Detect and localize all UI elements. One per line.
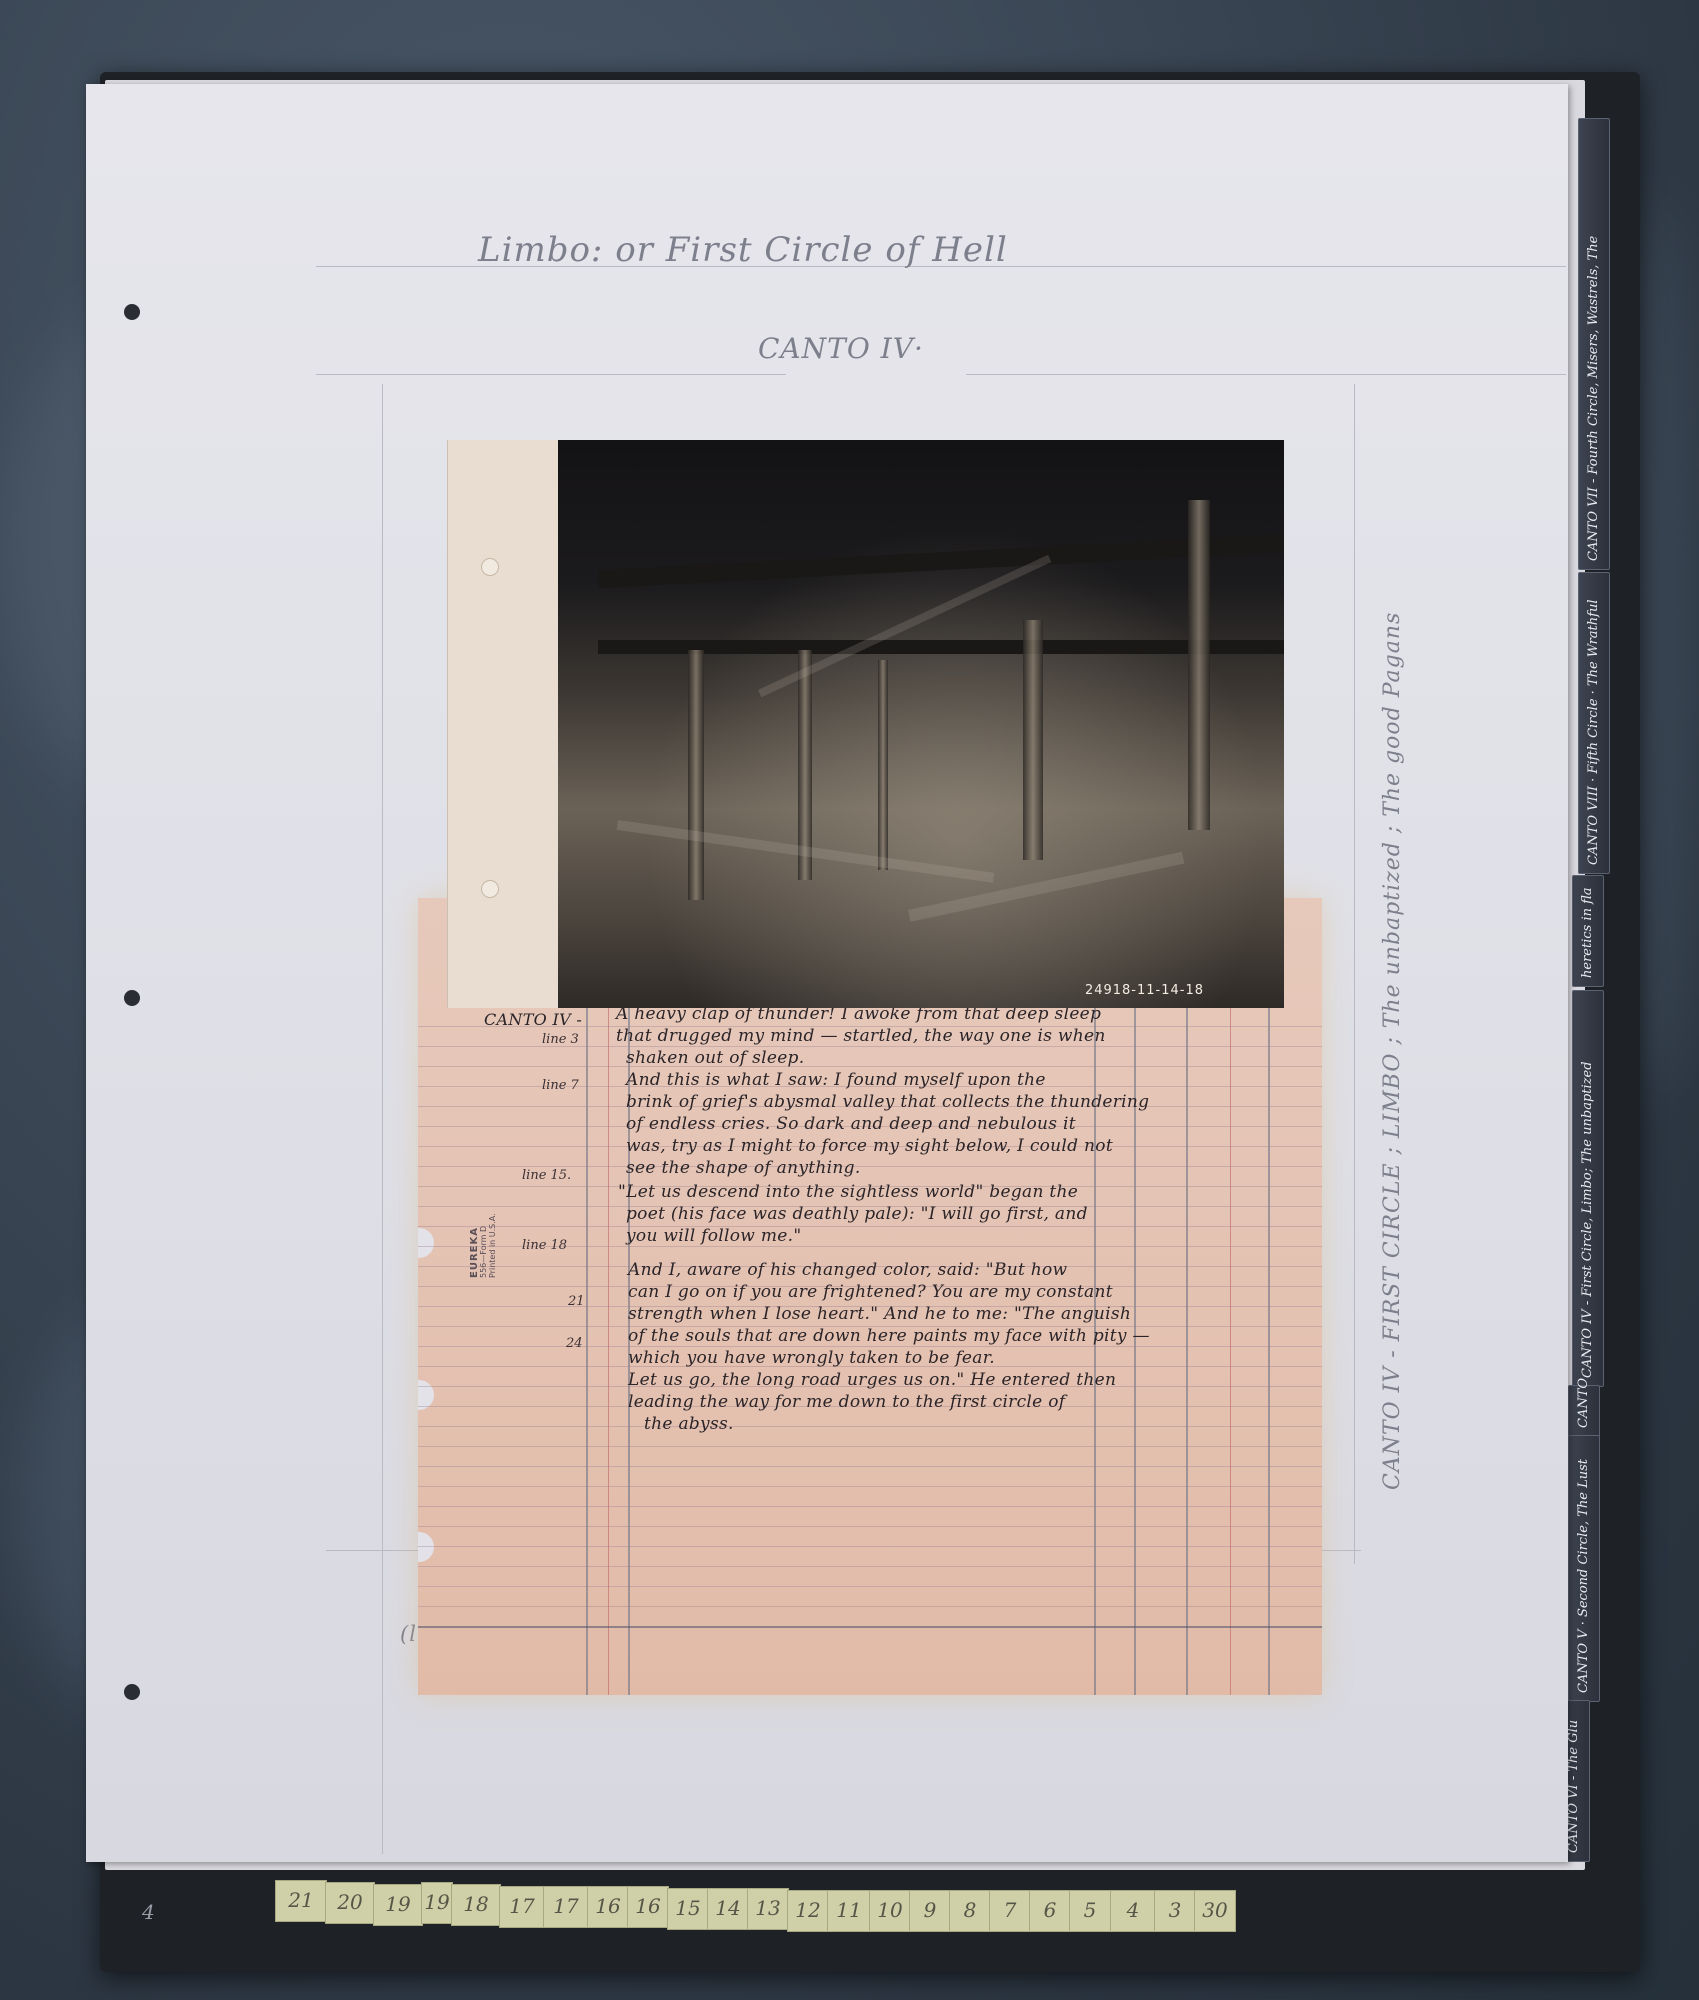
ledger-column-line — [1134, 898, 1136, 1695]
bottom-tab[interactable]: 4 — [1110, 1890, 1156, 1932]
ledger-rule — [418, 1226, 1322, 1227]
bottom-tab[interactable]: 16 — [627, 1886, 669, 1928]
guide-line — [382, 384, 383, 1854]
ledger-rule — [418, 1426, 1322, 1427]
ledger-line: you will follow me." — [626, 1226, 801, 1246]
eureka-stamp: EUREKA 556—Form D Printed in U.S.A. — [470, 1213, 497, 1278]
bottom-tab[interactable]: 17 — [499, 1886, 545, 1928]
ledger-column-line — [1268, 898, 1270, 1695]
ledger-line: "Let us descend into the sightless world… — [618, 1182, 1078, 1202]
bottom-tab[interactable]: 10 — [869, 1890, 911, 1932]
bottom-tab[interactable]: 6 — [1029, 1890, 1071, 1932]
ledger-sheet: CANTO IV - line 3 line 7 line 15. line 1… — [418, 898, 1322, 1695]
photo-mount-strip — [447, 440, 560, 1008]
ledger-line: of the souls that are down here paints m… — [628, 1326, 1150, 1346]
bottom-tab[interactable]: 16 — [587, 1886, 629, 1928]
bottom-tab[interactable]: 11 — [827, 1890, 871, 1932]
ledger-rule — [418, 1486, 1322, 1487]
bottom-tab[interactable]: 5 — [1069, 1890, 1111, 1932]
guide-line — [316, 374, 786, 375]
bottom-tab[interactable]: 15 — [667, 1888, 709, 1930]
photo-punch-hole — [481, 880, 499, 898]
ledger-line: of endless cries. So dark and deep and n… — [626, 1114, 1076, 1134]
ledger-line: the abyss. — [644, 1414, 734, 1434]
bottom-tab[interactable]: 18 — [451, 1884, 501, 1926]
photo-brush-stroke — [908, 852, 1184, 922]
bottom-tab[interactable]: 7 — [989, 1890, 1031, 1932]
canto-title: CANTO IV· — [758, 332, 924, 365]
index-tab-canto-7[interactable]: CANTO VII - Fourth Circle, Misers, Wastr… — [1578, 118, 1610, 570]
bottom-tab[interactable]: 21 — [275, 1880, 327, 1922]
ledger-line: brink of grief's abysmal valley that col… — [626, 1092, 1149, 1112]
ledger-line: leading the way for me down to the first… — [628, 1392, 1065, 1412]
photo-pillar — [1023, 620, 1043, 860]
ledger-line: shaken out of sleep. — [626, 1048, 804, 1068]
index-tab-canto-5[interactable]: CANTO V · Second Circle, The Lust — [1568, 1435, 1600, 1702]
page-number: 4 — [142, 1900, 155, 1924]
ledger-notch — [418, 1228, 434, 1258]
ledger-line: And this is what I saw: I found myself u… — [626, 1070, 1046, 1090]
ledger-line: Let us go, the long road urges us on." H… — [628, 1370, 1116, 1390]
ledger-rule — [418, 1546, 1322, 1547]
bottom-tab[interactable]: 9 — [909, 1890, 951, 1932]
ledger-rule — [418, 1566, 1322, 1567]
line-number: line 3 — [542, 1032, 579, 1047]
margin-note: CANTO IV - FIRST CIRCLE ; LIMBO ; The un… — [1380, 612, 1405, 1490]
ledger-line: can I go on if you are frightened? You a… — [628, 1282, 1113, 1302]
line-number: line 15. — [522, 1168, 571, 1183]
ledger-rule — [418, 1446, 1322, 1447]
photo-pillar — [878, 660, 888, 870]
ledger-rule — [418, 1626, 1322, 1628]
ledger-line: was, try as I might to force my sight be… — [626, 1136, 1113, 1156]
line-number: line 18 — [522, 1238, 567, 1253]
line-number: 21 — [568, 1294, 585, 1309]
line-number: line 7 — [542, 1078, 579, 1093]
ledger-column-line — [586, 898, 588, 1695]
ledger-notch — [418, 1532, 434, 1562]
guide-line — [1354, 384, 1355, 1564]
ledger-line: And I, aware of his changed color, said:… — [628, 1260, 1067, 1280]
photo-pillar — [688, 650, 704, 900]
photo-negative-number: 24918-11-14-18 — [1085, 983, 1204, 998]
ledger-line: see the shape of anything. — [626, 1158, 861, 1178]
factory-photograph: 24918-11-14-18 — [558, 440, 1284, 1008]
ledger-rule — [418, 1466, 1322, 1467]
ledger-rule — [418, 1066, 1322, 1067]
line-number: 24 — [566, 1336, 583, 1351]
binder-hole — [124, 990, 140, 1006]
binder-hole — [124, 304, 140, 320]
index-tab-canto-8[interactable]: CANTO VIII · Fifth Circle · The Wrathful — [1578, 572, 1610, 874]
ledger-rule — [418, 1526, 1322, 1527]
ledger-rule — [418, 1586, 1322, 1587]
bottom-tab[interactable]: 30 — [1194, 1890, 1236, 1932]
ledger-line: which you have wrongly taken to be fear. — [628, 1348, 995, 1368]
ledger-column-line — [608, 898, 609, 1695]
ledger-column-line — [1186, 898, 1188, 1695]
photo-punch-hole — [481, 558, 499, 576]
page-heading: Limbo: or First Circle of Hell — [478, 230, 1008, 270]
photo-crane-beam — [598, 534, 1284, 588]
index-tab-canto-4[interactable]: CANTO IV - First Circle, Limbo; The unba… — [1572, 990, 1604, 1387]
ledger-rule — [418, 1346, 1322, 1347]
bottom-tab[interactable]: 3 — [1154, 1890, 1196, 1932]
bottom-tab[interactable]: 12 — [787, 1890, 829, 1932]
ledger-line: strength when I lose heart." And he to m… — [628, 1304, 1131, 1324]
bottom-tab[interactable]: 20 — [325, 1882, 375, 1924]
bottom-tab[interactable]: 13 — [747, 1888, 789, 1930]
ledger-header: CANTO IV - — [484, 1010, 582, 1029]
ledger-line: poet (his face was deathly pale): "I wil… — [626, 1204, 1088, 1224]
index-tab-canto[interactable]: CANTO — [1568, 1385, 1600, 1437]
bottom-tab[interactable]: 8 — [949, 1890, 991, 1932]
ledger-rule — [418, 1506, 1322, 1507]
bottom-tab[interactable]: 14 — [707, 1888, 749, 1930]
bottom-tab[interactable]: 17 — [543, 1886, 589, 1928]
ledger-line: that drugged my mind — startled, the way… — [616, 1026, 1106, 1046]
bottom-tab[interactable]: 19 — [373, 1884, 423, 1926]
ledger-rule — [418, 1606, 1322, 1607]
bottom-tab[interactable]: 19 — [421, 1882, 453, 1924]
photo-pillar — [1188, 500, 1210, 830]
index-tab-canto-10[interactable]: heretics in fla — [1572, 875, 1604, 987]
ledger-rule — [418, 1166, 1322, 1167]
ledger-column-line — [1230, 898, 1231, 1695]
binder-hole — [124, 1684, 140, 1700]
guide-line — [966, 374, 1566, 375]
